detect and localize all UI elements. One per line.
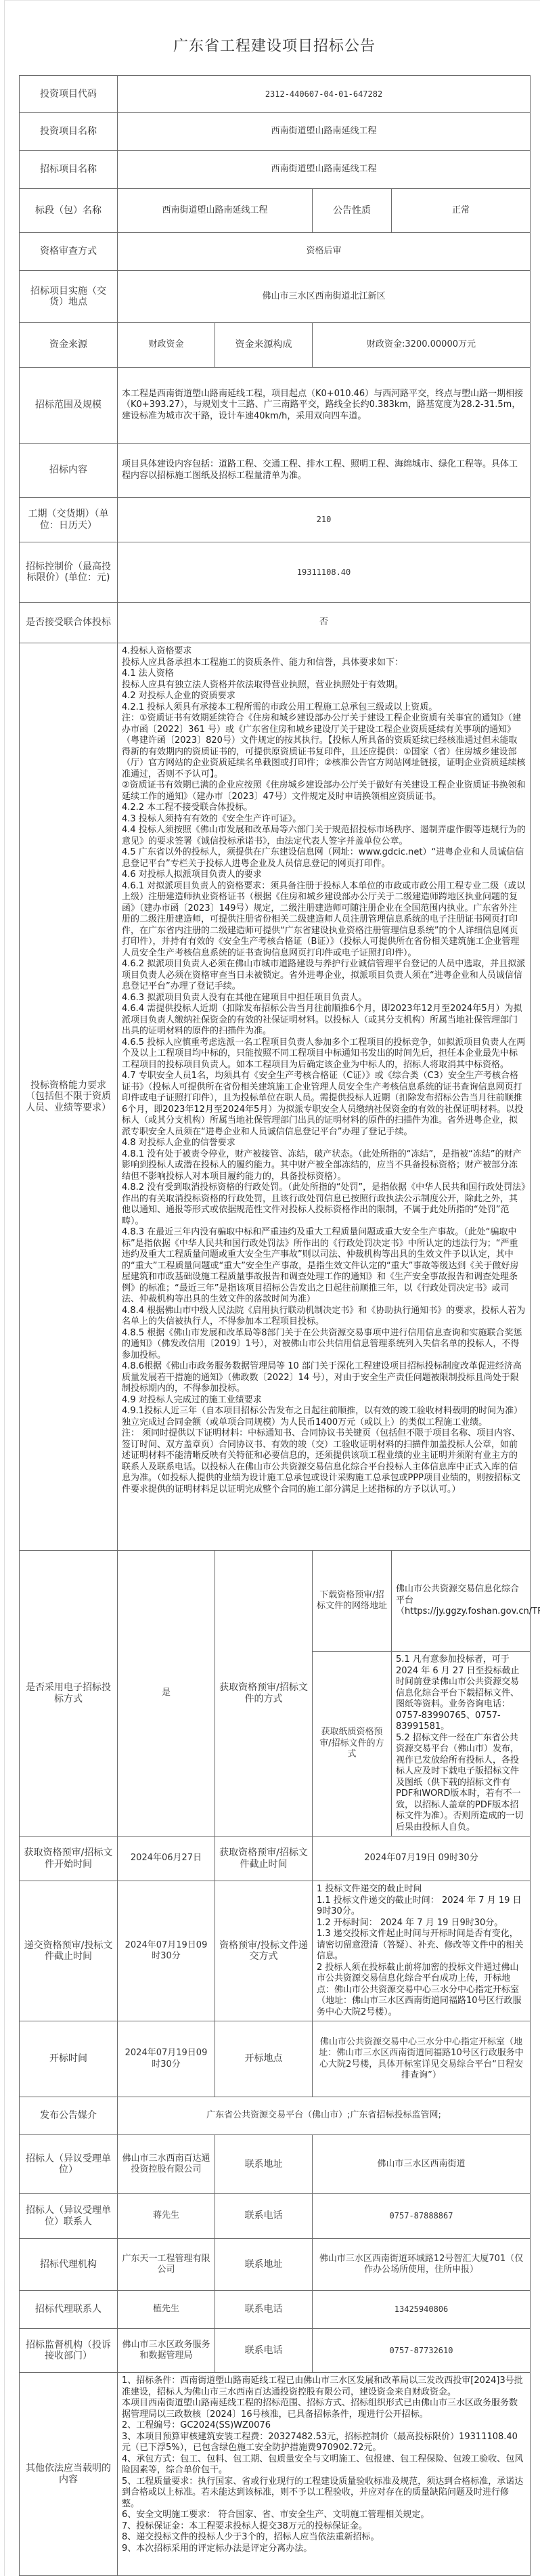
label: 资金来源 — [20, 323, 118, 368]
qualification-paragraph: 4.2.2 本工程不接受联合体投标。 — [122, 802, 526, 814]
paper-label: 获取纸质资格预审/招标文件的方式 — [313, 1652, 392, 1837]
row-scope: 招标范围及规模 本工程是西南街道塱山路南延线工程，项目起点（K0+010.46）… — [20, 368, 531, 444]
label: 获取资格预审/招标文件的方式 — [215, 1551, 313, 1837]
label: 联系地址 — [215, 2135, 313, 2194]
qualification-review-value: 资格后审 — [118, 233, 531, 271]
nature-value: 正常 — [392, 189, 531, 233]
funding-value: 财政资金 — [118, 323, 215, 368]
qualification-paragraph: 4.6.5 投标人应慎重考虑选派一名工程项目负责人参加多个工程项目的投标竞争，如… — [122, 1037, 526, 1071]
qualification-paragraph: 4.2.1 投标人须具有承接本工程所需的市政公用工程施工总承包三级或以上资质。 — [122, 702, 526, 714]
qualification-paragraph: 4.9.1投标人近三年（自本项目招标公告发布之日起往前顺推，以有效的竣工验收材料… — [122, 1406, 526, 1428]
qualification-paragraph: 4.8.1 没有处于被责令停业，财产被接管、冻结，破产状态。（此处所指的“冻结”… — [122, 1149, 526, 1183]
duration-value: 210 — [118, 498, 531, 542]
row-project-name: 投资项目名称 西南街道塱山路南延线工程 — [20, 113, 531, 151]
label: 资格审查方式 — [20, 233, 118, 271]
agency-contact-value: 植先生 — [118, 2291, 215, 2329]
row-project-code: 投资项目代码 2312-440607-04-01-647282 — [20, 76, 531, 113]
label: 招标代理机构 — [20, 2239, 118, 2291]
row-download-address: 是否采用电子招标投标方式 是 获取资格预审/招标文件的方式 下载资格预审/招标文… — [20, 1551, 531, 1652]
row-tenderer: 招标人（异议受理单位） 佛山市三水西南百达通投资控股有限公司 联系地址 佛山市三… — [20, 2135, 531, 2194]
row-tenderer-contact: 招标人（异议受理单位）联系人 蒋先生 联系电话 0757-87888867 — [20, 2194, 531, 2239]
qualification-paragraph: 4.2 对投标人企业的资质要求 — [122, 691, 526, 702]
control-price-value: 19311108.40 — [118, 542, 531, 603]
other-paragraph: 5、工程质量要求：执行国家、省或行业现行的工程建设质量验收标准及规范，须达到合格… — [122, 2476, 526, 2510]
label: 招标范围及规模 — [20, 368, 118, 444]
qualification-paragraph: 4.8.5 根据《佛山市发展和改革局等8部门关于在公共资源交易事项中进行信用信息… — [122, 1328, 526, 1362]
supervisor-phone-value: 0757-87732610 — [313, 2329, 531, 2373]
project-name-value: 西南街道塱山路南延线工程 — [118, 113, 531, 151]
other-paragraph: 9、本次招标采用的评定标办法是评定分离办法。 — [122, 2543, 526, 2555]
row-funding: 资金来源 财政资金 资金来源构成 财政资金:3200.00000万元 — [20, 323, 531, 368]
tenderer-phone-value: 0757-87888867 — [313, 2194, 531, 2239]
row-consortium: 是否接受联合体投标 否 — [20, 603, 531, 643]
other-paragraph: 4、承包方式：包工、包料、包工期、包质量安全与文明施工、包报建、包工程保险、包竣… — [122, 2454, 526, 2476]
row-agency-contact: 招标代理联系人 植先生 联系电话 13425940806 — [20, 2291, 531, 2329]
qualification-paragraph: 4.6.4 需提供投标人近期（扣除发布招标公告当月往前顺推6个月，即2023年1… — [122, 1004, 526, 1037]
qualification-paragraph: 投标人应具有独立法人资格并依法取得营业执照，营业执照处于有效期。 — [122, 680, 526, 691]
other-paragraph: 1、招标条件：西南街道塱山路南延线工程已由佛山市三水区发展和改革局以三发改西投审… — [122, 2376, 526, 2398]
other-text: 1、招标条件：西南街道塱山路南延线工程已由佛山市三水区发展和改革局以三发改西投审… — [118, 2373, 531, 2576]
label: 递交资格预审/投标文件截止时间 — [20, 1881, 118, 2021]
other-paragraph: 7、投标保证金：本工程要求投标人提交38万元的投标保证金。 — [122, 2521, 526, 2533]
label: 投标资格能力要求（包括但不限于资质人员、业绩等要求） — [20, 643, 118, 1551]
download-label: 下载资格预审/招标文件的网络地址 — [313, 1551, 392, 1652]
consortium-value: 否 — [118, 603, 531, 643]
submission-deadline-value: 2024年07月19日09时30分 — [118, 1881, 215, 2021]
row-duration: 工期（交货期）（单位：日历天） 210 — [20, 498, 531, 542]
qualification-paragraph: 4.投标人资格要求 — [122, 646, 526, 658]
label: 招标监督机构（投诉接收部门） — [20, 2329, 118, 2373]
label: 招标控制价（最高投标限价）(单位：元) — [20, 542, 118, 603]
location-value: 佛山市三水区西南街道北江新区 — [118, 271, 531, 323]
label: 发布公告媒介 — [20, 2097, 118, 2135]
label: 开标时间 — [20, 2021, 118, 2097]
other-paragraph: 2、工程编号：GC2024(SS)WZ0076 — [122, 2420, 526, 2432]
qualification-paragraph: 4.8.6根据《佛山市政务服务数据管理局等 10 部门关于深化工程建设项目招标投… — [122, 1361, 526, 1395]
label: 获取资格预审/招标文件开始时间 — [20, 1837, 118, 1881]
download-address-link[interactable]: 佛山市公共资源交易信息化综合平台 （https://jy.ggzy.foshan… — [392, 1551, 531, 1652]
row-media: 发布公告媒介 广东省公共资源交易平台（佛山市）;广东省招标投标监管网; — [20, 2097, 531, 2135]
label: 投资项目代码 — [20, 76, 118, 113]
qualifications-text: 4.投标人资格要求投标人应具备承担本工程施工的资质条件、能力和信誉，具体要求如下… — [118, 643, 531, 1551]
qualifications-paragraphs: 4.投标人资格要求投标人应具备承担本工程施工的资质条件、能力和信誉，具体要求如下… — [122, 646, 526, 1495]
tenderer-value: 佛山市三水西南百达通投资控股有限公司 — [118, 2135, 215, 2194]
paper-value: 5.1 凡有意参加投标者，可于 2024 年 6 月 27 日至投标截止时间前登… — [392, 1652, 531, 1837]
qualification-paragraph: 4.5 广东省以外的投标人，须提供在广东建设信息网（网址：www.gdcic.n… — [122, 847, 526, 870]
project-code-value: 2312-440607-04-01-647282 — [118, 76, 531, 113]
agency-phone-value: 13425940806 — [313, 2291, 531, 2329]
qualification-paragraph: 4.9 对投标人完成过的施工业绩要求 — [122, 1395, 526, 1407]
label: 其他依法应当载明的内容 — [20, 2373, 118, 2576]
row-content: 招标内容 项目具体建设内容包括：道路工程、交通工程、排水工程、照明工程、海绵城市… — [20, 444, 531, 498]
label: 联系电话 — [215, 2329, 313, 2373]
row-supervisor: 招标监督机构（投诉接收部门） 佛山市三水区政务服务和数据管理局 联系电话 075… — [20, 2329, 531, 2373]
qualification-paragraph: 4.8.2 没有受到取消投标资格的行政处罚。（此处所指的“处罚”，是指依据《中华… — [122, 1182, 526, 1227]
announcement-table: 投资项目代码 2312-440607-04-01-647282 投资项目名称 西… — [19, 75, 531, 2576]
qualification-paragraph: 4.6.1 对拟派项目负责人的资格要求：须具备注册于投标人本单位的市政或市政公用… — [122, 881, 526, 960]
qualification-paragraph: 4.6 对投标人拟派项目负责人的要求 — [122, 870, 526, 881]
label: 招标项目实施（交货）地点 — [20, 271, 118, 323]
row-opening: 开标时间 2024年07月19日09时30分 开标地点 佛山市公共资源交易中心三… — [20, 2021, 531, 2097]
label: 开标地点 — [215, 2021, 313, 2097]
label: 是否接受联合体投标 — [20, 603, 118, 643]
content-value: 项目具体建设内容包括：道路工程、交通工程、排水工程、照明工程、海绵城市、绿化工程… — [118, 444, 531, 498]
label: 联系电话 — [215, 2291, 313, 2329]
qualification-paragraph: 4.6.2 拟派项目负责人必须在佛山市城市道路建设与养护行业诚信管理平台登记的人… — [122, 959, 526, 993]
electronic-value: 是 — [118, 1551, 215, 1837]
other-paragraph: 3、本项目预算审核建筑安装工程费：20327482.53元，招标控制价（最高投标… — [122, 2432, 526, 2454]
qualification-paragraph: 投标人应具备承担本工程施工的资质条件、能力和信誉，具体要求如下： — [122, 658, 526, 669]
agency-address-value: 佛山市三水区西南街道环城路12号智汇大厦701（仅作办公场所使用，住所申报） — [313, 2239, 531, 2291]
tenderer-address-value: 佛山市三水区西南街道 — [313, 2135, 531, 2194]
label: 招标人（异议受理单位）联系人 — [20, 2194, 118, 2239]
doc-start-value: 2024年06月27日 — [118, 1837, 215, 1881]
row-agency: 招标代理机构 广东天一工程管理有限公司 联系地址 佛山市三水区西南街道环城路12… — [20, 2239, 531, 2291]
submission-method-value: 1 投标文件递交的截止时间 1.1 投标文件递交的截止时间： 2024 年 7 … — [313, 1881, 531, 2021]
row-qualification-review: 资格审查方式 资格后审 — [20, 233, 531, 271]
label: 投资项目名称 — [20, 113, 118, 151]
page-title: 广东省工程建设项目招标公告 — [5, 1, 540, 75]
opening-time-value: 2024年07月19日09时30分 — [118, 2021, 215, 2097]
funding-composition-value: 财政资金:3200.00000万元 — [313, 323, 531, 368]
label: 联系地址 — [215, 2239, 313, 2291]
label: 资格预审/投标文件递交方式 — [215, 1881, 313, 2021]
scope-value: 本工程是西南街道塱山路南延线工程，项目起点（K0+010.46）与西河路平交，终… — [118, 368, 531, 444]
row-section-name: 标段（包）名称 西南街道塱山路南延线工程 公告性质 正常 — [20, 189, 531, 233]
opening-place-value: 佛山市公共资源交易中心三水分中心指定开标室（地址：佛山市三水区西南街道同福路10… — [313, 2021, 531, 2097]
label: 公告性质 — [313, 189, 392, 233]
label: 联系电话 — [215, 2194, 313, 2239]
label: 工期（交货期）（单位：日历天） — [20, 498, 118, 542]
qualification-paragraph: 4.8.4 根据佛山市中级人民法院《启用执行联动机制决定书》和《协助执行通知书》… — [122, 1306, 526, 1328]
qualification-paragraph: 注： 须同时提供以下证明材料：中标通知书、合同协议书关键页（包括但不限于项目名称… — [122, 1428, 526, 1495]
tender-project-name-value: 西南街道塱山路南延线工程 — [118, 151, 531, 189]
label: 招标人（异议受理单位） — [20, 2135, 118, 2194]
media-value: 广东省公共资源交易平台（佛山市）;广东省招标投标监管网; — [118, 2097, 531, 2135]
doc-end-value: 2024年07月19日 09时30分 — [313, 1837, 531, 1881]
qualification-paragraph: 4.1 法人资格 — [122, 668, 526, 680]
qualification-paragraph: 注：①资质证书有效期延续符合《住房和城乡建设部办公厅关于建设工程企业资质有关事宜… — [122, 713, 526, 780]
row-qualifications: 投标资格能力要求（包括但不限于资质人员、业绩等要求） 4.投标人资格要求投标人应… — [20, 643, 531, 1551]
label: 招标项目名称 — [20, 151, 118, 189]
qualification-paragraph: ②资质证书有效期已满的企业应按照《住房城乡建设部办公厅关于做好有关建设工程企业资… — [122, 780, 526, 802]
row-doc-times: 获取资格预审/招标文件开始时间 2024年06月27日 获取资格预审/招标文件截… — [20, 1837, 531, 1881]
row-location: 招标项目实施（交货）地点 佛山市三水区西南街道北江新区 — [20, 271, 531, 323]
label: 获取资格预审/招标文件截止时间 — [215, 1837, 313, 1881]
label: 招标代理联系人 — [20, 2291, 118, 2329]
other-paragraphs: 1、招标条件：西南街道塱山路南延线工程已由佛山市三水区发展和改革局以三发改西投审… — [122, 2376, 526, 2554]
qualification-paragraph: 4.6.3 拟派项目负责人没有在其他在建项目中担任项目负责人。 — [122, 993, 526, 1004]
label: 是否采用电子招标投标方式 — [20, 1551, 118, 1837]
row-control-price: 招标控制价（最高投标限价）(单位：元) 19311108.40 — [20, 542, 531, 603]
supervisor-value: 佛山市三水区政务服务和数据管理局 — [118, 2329, 215, 2373]
other-paragraph: 本项目西南街道塱山路南延线工程的招标范围、招标方式、招标组织形式已由佛山市三水区… — [122, 2398, 526, 2420]
qualification-paragraph: 4.7 专职安全人员1名，均须具有《安全生产考核合格证（C证）》或《综合类（C3… — [122, 1071, 526, 1138]
qualification-paragraph: 4.3 投标人须持有有效的《安全生产许可证》。 — [122, 814, 526, 825]
label: 标段（包）名称 — [20, 189, 118, 233]
qualification-paragraph: 4.8 对投标人企业的信誉要求 — [122, 1138, 526, 1149]
announcement-page: 广东省工程建设项目招标公告 投资项目代码 2312-440607-04-01-6… — [4, 0, 540, 2576]
qualification-paragraph: 4.8.3 在最近三年内没有骗取中标和严重违约及重大工程质量问题或重大安全生产事… — [122, 1227, 526, 1306]
row-tender-project-name: 招标项目名称 西南街道塱山路南延线工程 — [20, 151, 531, 189]
label: 资金来源构成 — [215, 323, 313, 368]
other-paragraph: 8、递交投标文件的投标人少于3个的，招标人应当依法重新招标。 — [122, 2532, 526, 2543]
agency-value: 广东天一工程管理有限公司 — [118, 2239, 215, 2291]
qualification-paragraph: 4.4 投标人须按照《佛山市发展和改革局等六部门关于规范招投标市场秩序、遏制弄虚… — [122, 825, 526, 847]
tenderer-contact-value: 蒋先生 — [118, 2194, 215, 2239]
section-name-value: 西南街道塱山路南延线工程 — [118, 189, 313, 233]
row-submission: 递交资格预审/投标文件截止时间 2024年07月19日09时30分 资格预审/投… — [20, 1881, 531, 2021]
label: 招标内容 — [20, 444, 118, 498]
row-other: 其他依法应当载明的内容 1、招标条件：西南街道塱山路南延线工程已由佛山市三水区发… — [20, 2373, 531, 2576]
other-paragraph: 6、安全文明施工要求： 符合国家、省、市安全生产、文明施工管理相关规定。 — [122, 2510, 526, 2521]
